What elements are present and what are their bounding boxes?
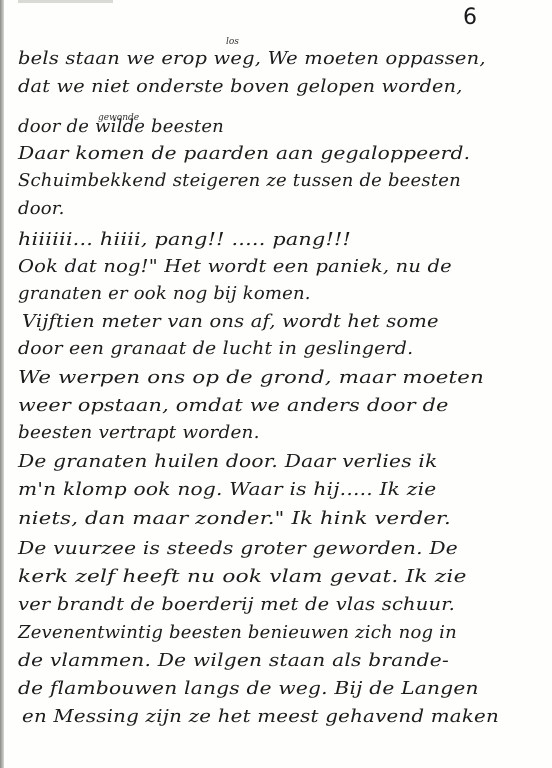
handwritten-line: m'n klomp ook nog. Waar is hij..... Ik z… xyxy=(18,479,436,500)
handwritten-line: Ook dat nog!" Het wordt een paniek, nu d… xyxy=(18,256,452,277)
handwritten-line: door de wilde beesten xyxy=(18,116,224,137)
handwritten-line: weer opstaan, omdat we anders door de xyxy=(18,395,449,416)
handwritten-line: De granaten huilen door. Daar verlies ik xyxy=(18,451,438,472)
handwritten-line: Daar komen de paarden aan gegaloppeerd. xyxy=(18,143,470,164)
handwritten-line: de vlammen. De wilgen staan als brande- xyxy=(18,650,449,671)
handwritten-line: en Messing zijn ze het meest gehavend ma… xyxy=(22,706,499,727)
handwritten-line: niets, dan maar zonder." Ik hink verder. xyxy=(18,508,451,529)
handwritten-line: ver brandt de boerderij met de vlas schu… xyxy=(18,594,455,615)
handwritten-line: De vuurzee is steeds groter geworden. De xyxy=(18,538,458,559)
page-binding-edge xyxy=(0,0,4,768)
handwritten-line: door een granaat de lucht in geslingerd. xyxy=(18,338,413,359)
handwritten-line: kerk zelf heeft nu ook vlam gevat. Ik zi… xyxy=(18,566,467,587)
handwritten-line: We werpen ons op de grond, maar moeten xyxy=(18,367,484,388)
handwritten-line: Schuimbekkend steigeren ze tussen de bee… xyxy=(18,170,461,191)
page-number: 6 xyxy=(463,5,477,30)
handwritten-line: hiiiiii... hiiii, pang!! ..... pang!!! xyxy=(18,229,351,250)
handwritten-line: door. xyxy=(18,198,65,219)
handwritten-line: Vijftien meter van ons af, wordt het som… xyxy=(22,311,439,332)
handwritten-line: granaten er ook nog bij komen. xyxy=(18,283,311,304)
scan-artifact xyxy=(18,0,113,3)
insertion-above-line-1: los xyxy=(226,37,239,47)
handwritten-line: beesten vertrapt worden. xyxy=(18,422,260,443)
handwritten-line: dat we niet onderste boven gelopen worde… xyxy=(18,76,463,97)
handwritten-line: Zevenentwintig beesten benieuwen zich no… xyxy=(18,622,457,643)
manuscript-page: 6 los gewonde bels staan we erop weg, We… xyxy=(0,0,552,768)
handwritten-line: de flambouwen langs de weg. Bij de Lange… xyxy=(18,678,479,699)
handwritten-line: bels staan we erop weg, We moeten oppass… xyxy=(18,48,486,69)
